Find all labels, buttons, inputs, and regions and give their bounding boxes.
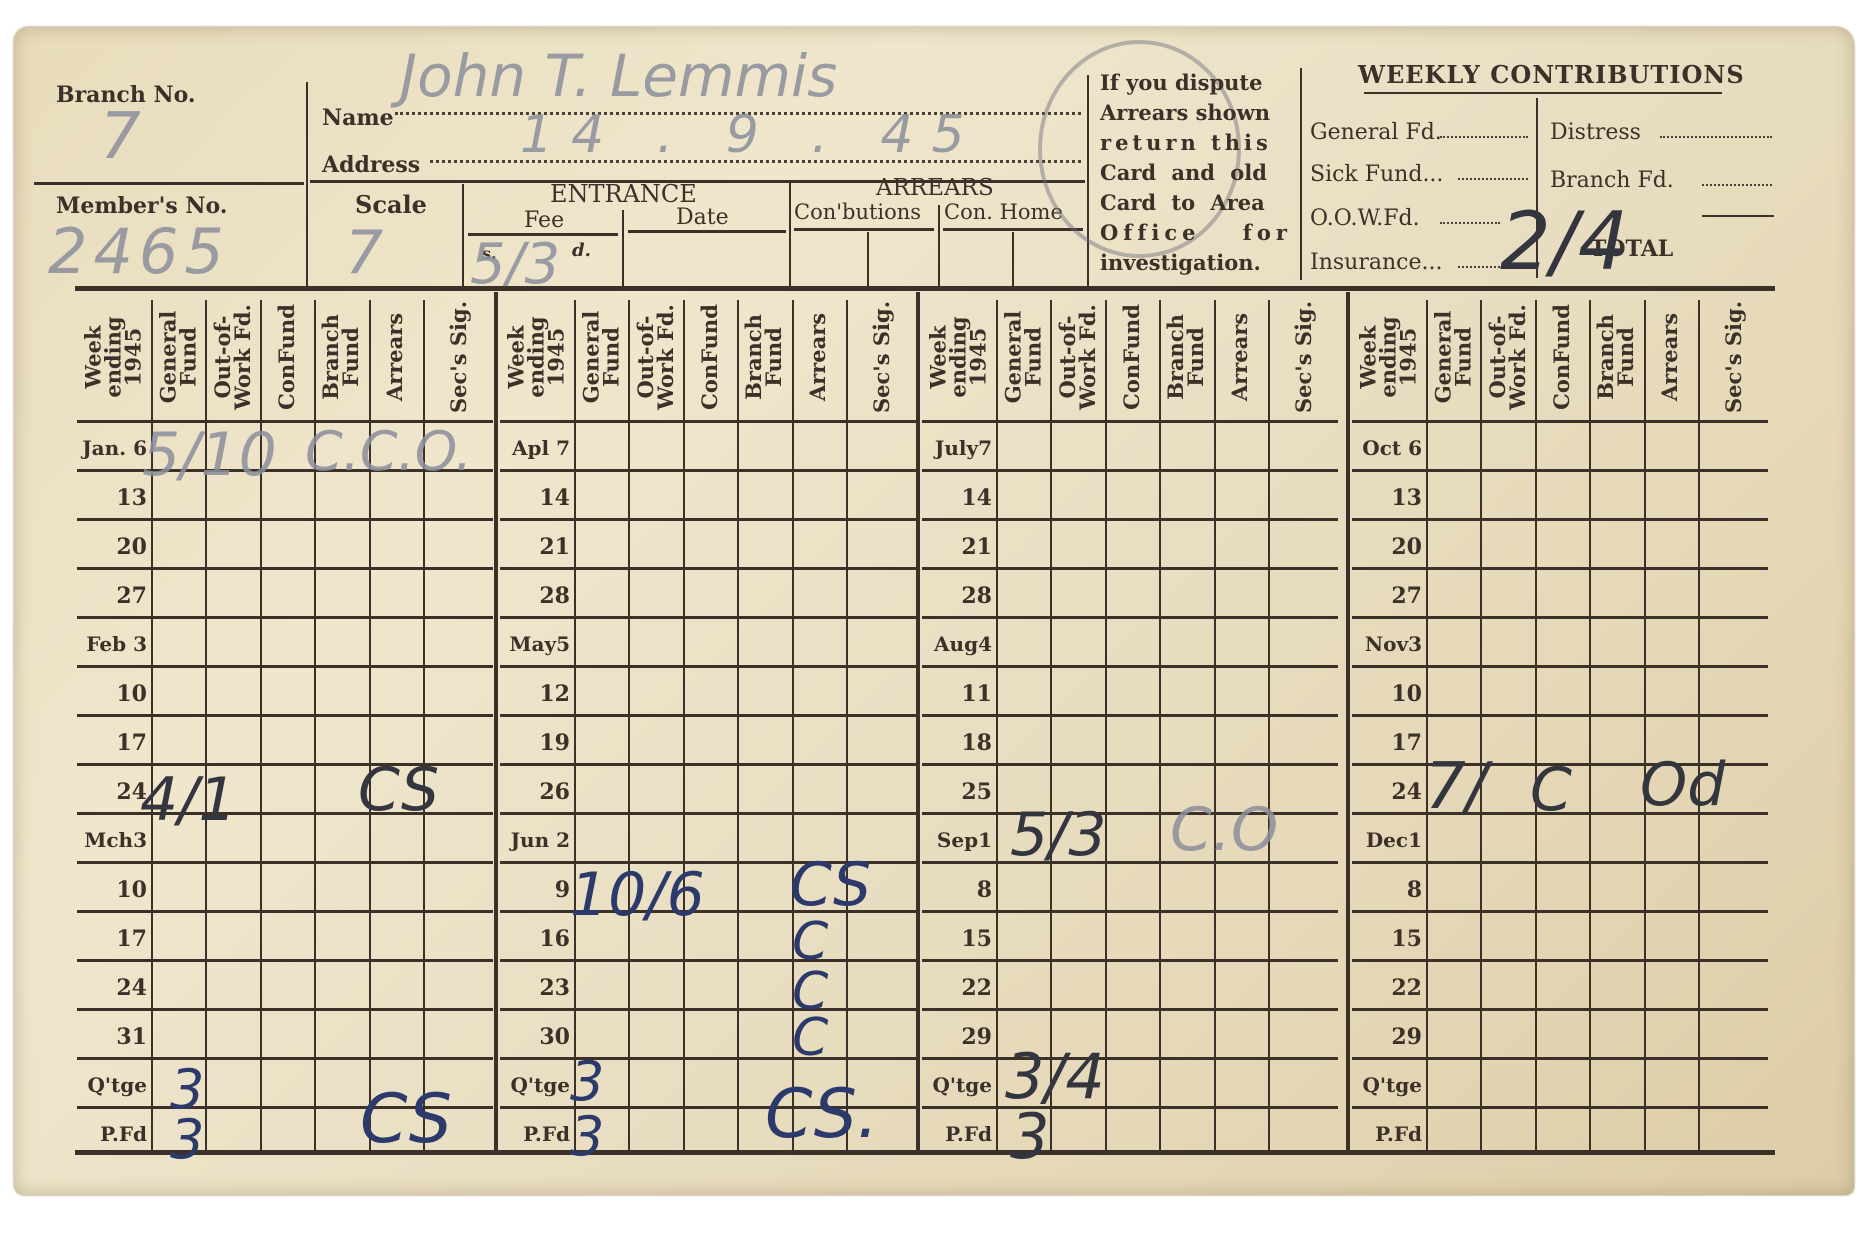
grid-panel: Weekending1945GeneralFundOut-of-Work Fd.… (498, 292, 931, 1156)
week-ending-label: Apl 7 (498, 436, 570, 460)
column-header-line: Work Fd. (1508, 304, 1528, 410)
column-header-line: Work Fd. (1078, 304, 1098, 410)
weekly-insurance: Insurance... (1310, 250, 1442, 275)
week-ending-label: 14 (498, 485, 570, 511)
row-rule (922, 1008, 1338, 1011)
column-header-line: Sec's Sig. (1724, 301, 1744, 413)
column-header-arrears: Arrears (369, 292, 423, 422)
column-header-branch: BranchFund (314, 292, 369, 422)
week-ending-label: Q'tge (920, 1073, 992, 1097)
scale-label: Scale (355, 190, 427, 219)
notice-line: Office for (1100, 218, 1290, 248)
weekly-distress: Distress (1550, 120, 1641, 145)
divider (943, 228, 1083, 231)
week-ending-label: 28 (920, 583, 992, 609)
column-divider (1426, 300, 1428, 1152)
row-rule (1352, 1057, 1768, 1060)
column-header-week: Weekending1945 (920, 292, 996, 422)
notice-line: Card to Area (1100, 188, 1290, 218)
week-ending-label: July7 (920, 436, 992, 460)
week-ending-label: 29 (920, 1024, 992, 1050)
row-rule (922, 518, 1338, 521)
divider (867, 232, 869, 287)
column-header-oow: Out-of-Work Fd. (1050, 292, 1105, 422)
fee-d-label: d. (572, 240, 591, 261)
entry-jun30-arrears: C (792, 1008, 828, 1068)
address-value: 14 . 9 . 45 (520, 105, 983, 165)
week-ending-label: 31 (75, 1024, 147, 1050)
column-header-line: Sec's Sig. (872, 301, 892, 413)
column-header-sig: Sec's Sig. (423, 292, 495, 422)
week-ending-label: P.Fd (498, 1122, 570, 1146)
notice-line: Arrears shown (1100, 98, 1290, 128)
row-rule (1352, 420, 1768, 423)
week-ending-label: Q'tge (498, 1073, 570, 1097)
column-header-line: 1945 (968, 316, 988, 397)
entry-q3-pfd: 3 (1010, 1100, 1049, 1173)
entry-feb24-general: 4/1 (140, 765, 237, 835)
column-header-line: Fund (601, 311, 621, 404)
column-divider (996, 300, 998, 1152)
week-ending-label: 8 (920, 877, 992, 903)
column-header-line: ConFund (1552, 304, 1572, 410)
row-rule (500, 714, 916, 717)
row-rule (1352, 518, 1768, 521)
row-rule (1352, 469, 1768, 472)
row-rule (922, 714, 1338, 717)
entry-nov24-signature: Od (1640, 750, 1725, 820)
row-rule (77, 616, 493, 619)
week-ending-label: 14 (920, 485, 992, 511)
date-label: Date (676, 205, 729, 230)
row-rule (1352, 910, 1768, 913)
column-header-con: ConFund (683, 292, 737, 422)
row-rule (500, 959, 916, 962)
column-header-branch: BranchFund (737, 292, 792, 422)
scale-value: 7 (345, 218, 383, 288)
week-ending-label: Q'tge (1350, 1073, 1422, 1097)
week-ending-label: Q'tge (75, 1073, 147, 1097)
column-header-line: Work Fd. (233, 304, 253, 410)
weekly-sick: Sick Fund... (1310, 162, 1443, 187)
column-header-con: ConFund (1535, 292, 1589, 422)
row-rule (77, 861, 493, 864)
dispute-notice: If you dispute Arrears shown return this… (1100, 68, 1290, 278)
row-rule (77, 567, 493, 570)
week-ending-label: 29 (1350, 1024, 1422, 1050)
week-ending-label: Nov3 (1350, 632, 1422, 656)
row-rule (922, 469, 1338, 472)
week-ending-label: 17 (1350, 730, 1422, 756)
column-header-line: Sec's Sig. (449, 301, 469, 413)
column-divider (1480, 300, 1482, 1152)
column-header-con: ConFund (1105, 292, 1159, 422)
weekly-title: WEEKLY CONTRIBUTIONS (1358, 60, 1745, 89)
column-divider (1268, 300, 1270, 1152)
column-divider (1698, 300, 1700, 1152)
week-ending-label: 17 (75, 730, 147, 756)
column-header-general: GeneralFund (574, 292, 628, 422)
week-ending-label: 19 (498, 730, 570, 756)
week-ending-label: Feb 3 (75, 632, 147, 656)
row-rule (77, 518, 493, 521)
week-ending-label: 24 (1350, 779, 1422, 805)
week-ending-label: Jan. 6 (75, 436, 147, 460)
arrears-label: ARREARS (876, 175, 994, 201)
row-rule (500, 518, 916, 521)
row-rule (922, 616, 1338, 619)
column-header-line: Arrears (386, 313, 406, 401)
entry-jan6-signature: C.C.O. (305, 420, 472, 483)
row-rule (77, 959, 493, 962)
row-rule (500, 763, 916, 766)
column-header-general: GeneralFund (996, 292, 1050, 422)
row-rule (922, 420, 1338, 423)
week-ending-label: 20 (1350, 534, 1422, 560)
week-ending-label: 15 (920, 926, 992, 952)
column-header-line: Fund (178, 311, 198, 404)
week-ending-label: 26 (498, 779, 570, 805)
entry-q2-signature: CS. (765, 1075, 879, 1154)
week-ending-label: P.Fd (1350, 1122, 1422, 1146)
member-value: 2465 (48, 215, 230, 288)
row-rule (922, 763, 1338, 766)
row-rule (500, 616, 916, 619)
weekly-distress-line (1660, 136, 1772, 138)
divider (789, 180, 791, 287)
total-rule (1702, 215, 1774, 217)
week-ending-label: 16 (498, 926, 570, 952)
row-rule (500, 469, 916, 472)
week-ending-label: 28 (498, 583, 570, 609)
row-rule (77, 910, 493, 913)
column-header-arrears: Arrears (1214, 292, 1268, 422)
row-rule (1352, 1106, 1768, 1109)
column-divider (1535, 300, 1537, 1152)
week-ending-label: 21 (498, 534, 570, 560)
entry-sep1-general: 5/3 (1010, 800, 1107, 870)
week-ending-label: Jun 2 (498, 828, 570, 852)
row-rule (1352, 665, 1768, 668)
notice-line: Card and old (1100, 158, 1290, 188)
week-ending-label: Aug4 (920, 632, 992, 656)
entry-q1-signature: CS (360, 1080, 452, 1159)
column-header-week: Weekending1945 (75, 292, 151, 422)
column-header-week: Weekending1945 (498, 292, 574, 422)
week-ending-label: Dec1 (1350, 828, 1422, 852)
column-divider (628, 300, 630, 1152)
row-rule (1352, 1008, 1768, 1011)
fee-label: Fee (524, 208, 564, 233)
week-ending-label: 17 (75, 926, 147, 952)
column-header-line: Arrears (1661, 313, 1681, 401)
column-header-sig: Sec's Sig. (846, 292, 918, 422)
week-ending-label: 10 (75, 681, 147, 707)
entry-jan6-general: 5/10 (142, 420, 277, 490)
entry-sep1-signature: C.O (1170, 795, 1278, 865)
column-header-line: Fund (341, 314, 361, 400)
row-rule (77, 1008, 493, 1011)
weekly-value: 2/4 (1500, 195, 1629, 288)
week-ending-label: May5 (498, 632, 570, 656)
header-rule (75, 286, 1775, 291)
row-rule (922, 567, 1338, 570)
footer-rule (75, 1150, 1775, 1155)
entrance-label: ENTRANCE (550, 180, 697, 208)
column-header-arrears: Arrears (1644, 292, 1698, 422)
row-rule (500, 567, 916, 570)
column-header-line: Fund (1023, 311, 1043, 404)
week-ending-label: 24 (75, 975, 147, 1001)
weekly-oow: O.O.W.Fd. (1310, 206, 1420, 231)
column-header-line: 1945 (546, 316, 566, 397)
arrears-conhome-label: Con. Home (944, 200, 1063, 224)
column-header-con: ConFund (260, 292, 314, 422)
divider (1300, 68, 1302, 280)
column-header-arrears: Arrears (792, 292, 846, 422)
week-ending-label: 9 (498, 877, 570, 903)
weekly-branch: Branch Fd. (1550, 168, 1674, 193)
week-ending-label: P.Fd (920, 1122, 992, 1146)
entry-feb24-signature: CS (358, 755, 439, 825)
grid-panel: Weekending1945GeneralFundOut-of-Work Fd.… (1350, 292, 1783, 1156)
weekly-branch-line (1702, 184, 1772, 186)
divider (34, 182, 304, 185)
column-divider (1214, 300, 1216, 1152)
column-header-oow: Out-of-Work Fd. (628, 292, 683, 422)
column-divider (1105, 300, 1107, 1152)
row-rule (77, 714, 493, 717)
column-divider (683, 300, 685, 1152)
row-rule (500, 665, 916, 668)
entry-jun9-general: 10/6 (570, 860, 705, 930)
column-divider (1050, 300, 1052, 1152)
entry-q1-pfd: 3 (170, 1108, 204, 1171)
column-divider (574, 300, 576, 1152)
week-ending-label: 30 (498, 1024, 570, 1050)
row-rule (77, 1057, 493, 1060)
entry-jun9-signature: CS (790, 850, 871, 920)
week-ending-label: Sep1 (920, 828, 992, 852)
week-ending-label: 22 (920, 975, 992, 1001)
row-rule (1352, 714, 1768, 717)
row-rule (77, 665, 493, 668)
row-rule (922, 959, 1338, 962)
address-label: Address (322, 152, 420, 178)
column-divider (737, 300, 739, 1152)
divider (628, 230, 786, 233)
row-rule (922, 1057, 1338, 1060)
column-header-line: Fund (764, 314, 784, 400)
row-rule (922, 910, 1338, 913)
column-header-line: Arrears (809, 313, 829, 401)
name-value: John T. Lemmis (400, 42, 837, 110)
week-ending-label: 21 (920, 534, 992, 560)
weekly-general: General Fd. (1310, 120, 1442, 145)
row-rule (500, 1057, 916, 1060)
divider (1012, 232, 1014, 287)
column-header-line: Sec's Sig. (1294, 301, 1314, 413)
row-rule (1352, 616, 1768, 619)
column-header-line: Fund (1616, 314, 1636, 400)
week-ending-label: 13 (1350, 485, 1422, 511)
divider (794, 228, 934, 231)
divider (622, 210, 624, 287)
column-divider (1159, 300, 1161, 1152)
column-header-general: GeneralFund (151, 292, 205, 422)
column-header-line: Work Fd. (656, 304, 676, 410)
column-divider (1644, 300, 1646, 1152)
row-rule (500, 420, 916, 423)
weekly-sick-line (1458, 178, 1528, 180)
week-ending-label: 23 (498, 975, 570, 1001)
row-rule (1352, 567, 1768, 570)
week-ending-label: 10 (1350, 681, 1422, 707)
column-header-general: GeneralFund (1426, 292, 1480, 422)
entry-q2-qtge: 3 (570, 1050, 604, 1113)
week-ending-label: 27 (75, 583, 147, 609)
divider (1364, 92, 1722, 94)
weekly-oow-line (1440, 222, 1500, 224)
name-label: Name (322, 105, 394, 131)
column-header-oow: Out-of-Work Fd. (1480, 292, 1535, 422)
week-ending-label: Oct 6 (1350, 436, 1422, 460)
week-ending-label: 24 (75, 779, 147, 805)
notice-line: If you dispute (1100, 68, 1290, 98)
week-ending-label: P.Fd (75, 1122, 147, 1146)
row-rule (922, 1106, 1338, 1109)
column-header-oow: Out-of-Work Fd. (205, 292, 260, 422)
column-header-line: Arrears (1231, 313, 1251, 401)
week-ending-label: 27 (1350, 583, 1422, 609)
entry-q2-pfd: 3 (570, 1105, 604, 1168)
row-rule (1352, 959, 1768, 962)
column-header-sig: Sec's Sig. (1698, 292, 1770, 422)
column-header-line: ConFund (700, 304, 720, 410)
column-header-line: 1945 (1398, 316, 1418, 397)
column-header-line: ConFund (277, 304, 297, 410)
column-header-sig: Sec's Sig. (1268, 292, 1340, 422)
branch-value: 7 (100, 100, 141, 174)
column-header-branch: BranchFund (1159, 292, 1214, 422)
divider (938, 205, 940, 287)
column-divider (1589, 300, 1591, 1152)
column-header-line: Fund (1186, 314, 1206, 400)
week-ending-label: 22 (1350, 975, 1422, 1001)
divider (462, 184, 464, 287)
week-ending-label: 8 (1350, 877, 1422, 903)
week-ending-label: 12 (498, 681, 570, 707)
week-ending-label: 10 (75, 877, 147, 903)
column-header-line: 1945 (123, 316, 143, 397)
entry-nov24-general: 7/ (1425, 750, 1487, 824)
entry-nov24-con: C (1530, 755, 1572, 825)
week-ending-label: 13 (75, 485, 147, 511)
column-header-line: ConFund (1122, 304, 1142, 410)
row-rule (1352, 861, 1768, 864)
divider (306, 82, 308, 287)
row-rule (500, 1008, 916, 1011)
column-header-line: Fund (1453, 311, 1473, 404)
row-rule (500, 812, 916, 815)
week-ending-label: 25 (920, 779, 992, 805)
week-ending-label: 18 (920, 730, 992, 756)
grid-panel: Weekending1945GeneralFundOut-of-Work Fd.… (920, 292, 1353, 1156)
notice-line: return this (1100, 128, 1290, 158)
week-ending-label: 20 (75, 534, 147, 560)
week-ending-label: 11 (920, 681, 992, 707)
column-header-week: Weekending1945 (1350, 292, 1426, 422)
column-divider (846, 300, 848, 1152)
column-header-branch: BranchFund (1589, 292, 1644, 422)
row-rule (922, 665, 1338, 668)
notice-line: investigation. (1100, 248, 1290, 278)
week-ending-label: Mch3 (75, 828, 147, 852)
weekly-general-line (1440, 136, 1528, 138)
arrears-conbutions-label: Con'butions (794, 200, 921, 224)
week-ending-label: 15 (1350, 926, 1422, 952)
